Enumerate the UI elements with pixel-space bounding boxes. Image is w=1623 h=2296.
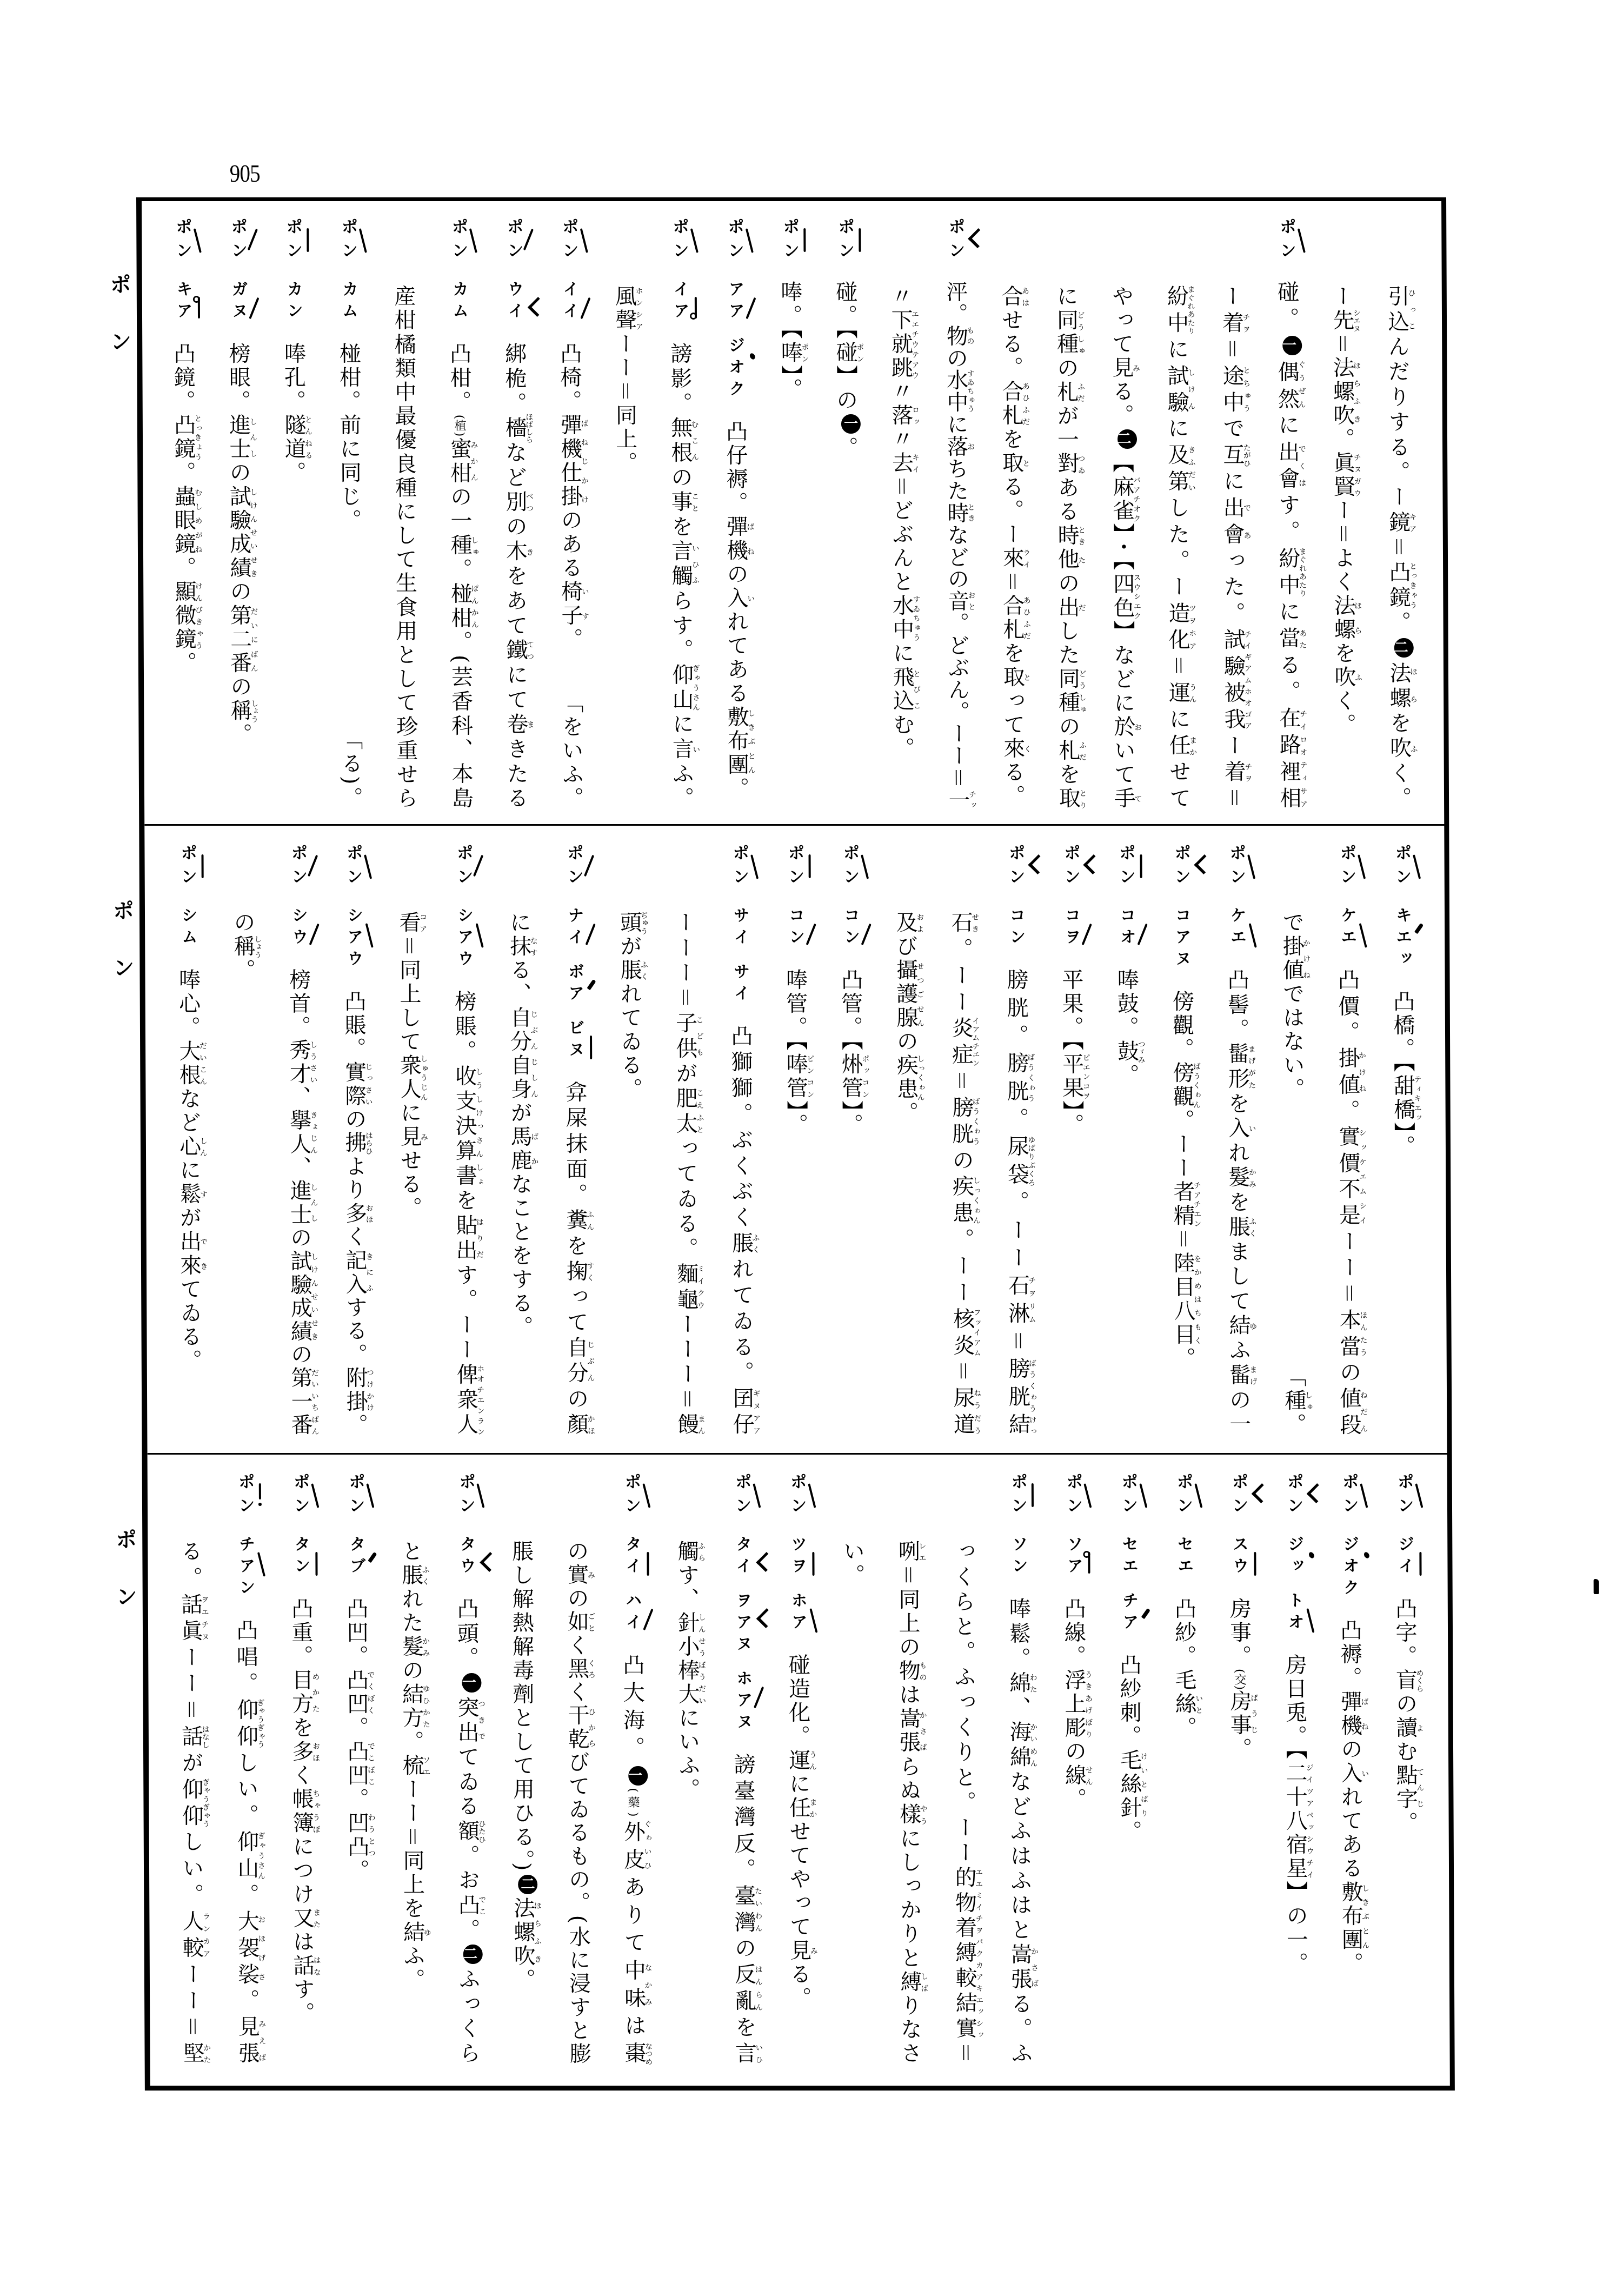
ruby-word: 仰仰ぎゃうぎゃう (233, 1698, 258, 1751)
furigana: み (420, 1125, 428, 1149)
reading-kana: セエ (1174, 1536, 1193, 1579)
ruby-word: 髷まげ (1226, 1364, 1250, 1389)
furigana: ゆひかた (422, 1683, 430, 1730)
equals-mark: ＝ (945, 767, 970, 789)
ruby-word: 話眞ヲエチヌ (178, 1593, 203, 1646)
taiwanese-reading: ジットオ (1283, 1536, 1305, 1654)
taiwanese-reading: シアウ (453, 907, 475, 990)
furigana: とき (967, 502, 975, 524)
category-label: (交) (1233, 1669, 1246, 1690)
furigana: しん (199, 1135, 208, 1159)
ruby-word: 核炎フッイアム (950, 1308, 975, 1361)
furigana: ふだ (1078, 739, 1087, 763)
ruby-word: 反亂はんらん (731, 1963, 756, 2015)
definition-text: 。鼓つゞみ。 (1114, 1016, 1139, 1087)
furigana: とっきゃう (1408, 561, 1417, 609)
headword-syllable: ポン (1338, 1473, 1360, 1536)
equals-mark: ＝ (1005, 1330, 1030, 1357)
furigana: つゞみ (1137, 1040, 1146, 1064)
continuation-indent (683, 1473, 689, 1540)
reading-syllable: ハイ (621, 1592, 642, 1635)
ruby-word: 蟲眼鏡むしめがね (171, 485, 196, 556)
headword: 榜眼 (225, 342, 250, 390)
furigana: まぐれあたり (1298, 547, 1307, 598)
ruby-word: 貼出はりだ (453, 1214, 477, 1264)
definition-text: 。傍觀ばうくゎん。ーー者精チアチエン＝陸目八目をかめはちもく。 (1169, 1038, 1196, 1371)
ruby-word: 凸鏡とっきゃう (1386, 561, 1411, 611)
ruby-word: 毛絲針けいとばり (1117, 1749, 1142, 1820)
reading-kana: イア (670, 281, 689, 324)
definition-text: ーーー＝子供こどもが肥太こえふとってゐる。麵龜ミイクウーーー＝饅まん (672, 911, 699, 1437)
ruby-word: 下就跳エエチウテアウ (888, 309, 913, 380)
ruby-word: 人較ランカア (179, 1910, 204, 1963)
headword-kana: ポン (780, 218, 799, 266)
furigana: イアムチエン (971, 1017, 980, 1067)
entry-text: 唪管。【唪管ピンコン】。 (773, 968, 817, 1137)
ruby-word: 卷ま (503, 713, 528, 738)
furigana: ばうくゎうけっ (1028, 1357, 1037, 1437)
furigana: まげ (1248, 1364, 1257, 1388)
furigana: しゅうじん (419, 1054, 428, 1101)
reading-syllable: ソン (1007, 1536, 1029, 1579)
entry-continuation: っくらと。ふっくりと。ーー的物着縛較結實エエミイチヲパクカアキエッシッ＝ (941, 1473, 987, 2066)
entry-continuation: の稱しょう。 (221, 844, 267, 1437)
furigana: おほ (311, 1740, 320, 1764)
dictionary-entry: ポンタイハイ凸大海。一(藥)外皮ぐゎいひありて中味なかみは棗なつめ (609, 1473, 655, 2066)
ruby-word: 子供こども (673, 1012, 697, 1062)
entry-text: 〃下就跳エエチウテアウ〃落ロッ〃去キイ＝どぶんと水中すゐちゅうに飛込とびこむ。 (879, 285, 924, 761)
ruby-word: 運うん (786, 1749, 810, 1773)
headword-kana: ポン (840, 844, 859, 892)
entry-text: 唪孔。隧道とんねる。 (271, 342, 315, 485)
sense-number-icon: 一 (462, 1673, 482, 1693)
entry-text: い。 (830, 1540, 874, 1588)
ruby-word: 唪ポン (777, 341, 802, 365)
ruby-word: 偶然ぐうぜん (1274, 358, 1299, 414)
headword-syllable: ポン (1060, 844, 1082, 907)
ruby-word: 及第きふだい (1165, 443, 1189, 496)
furigana: なす (529, 935, 538, 959)
tone-mark-icon (1032, 1483, 1034, 1507)
tone-mark-icon (580, 297, 590, 319)
headword-syllable: ポン (1062, 1473, 1084, 1536)
equals-mark: ＝ (1219, 338, 1244, 364)
ruby-word: 糞ふん (563, 1209, 588, 1234)
reading-syllable: ジオク (1338, 1536, 1360, 1601)
reading-syllable: カン (282, 281, 304, 324)
furigana: きにふ (365, 1249, 374, 1296)
tone-mark-icon (587, 979, 596, 990)
entry-continuation: で掛値かけねではない。 (1269, 844, 1315, 1437)
tone-mark-icon (473, 855, 483, 877)
headword: 唪鬆 (1006, 1597, 1030, 1647)
furigana: ツヲホア (1188, 602, 1196, 652)
furigana: ほら (1353, 594, 1362, 642)
ruby-word: 甜橋ティキエッ (1390, 1074, 1415, 1122)
furigana: とんねる (304, 414, 312, 461)
furigana: ピエンコヲ (1082, 1053, 1090, 1100)
entry-continuation: ー先シエヌ＝法螺吹ほらふき。眞賢チヌガウー＝よく法螺ほらを吹ふく。 (1320, 218, 1366, 811)
ruby-word: 額ひたひ (455, 1820, 480, 1844)
furigana: しきぶとん (747, 706, 756, 777)
reading-kana: タイ (733, 1536, 751, 1579)
headword-syllable: ポン (1393, 1473, 1415, 1536)
reading-kana: ジッ (1285, 1536, 1303, 1579)
furigana: しゅ (1304, 1389, 1313, 1413)
entry-text: 椪柑。前に同じ。 (327, 342, 371, 533)
tone-mark-icon (861, 924, 872, 945)
definition-text: ー先シエヌ＝法螺吹ほらふき。眞賢チヌガウー＝よく法螺ほらを吹ふく。 (1329, 285, 1356, 737)
ruby-word: 凹凸わうとつ (344, 1811, 369, 1859)
reading-kana: ジオク (726, 337, 745, 402)
headword: 凸椅 (557, 342, 582, 390)
entry-overflow-tail: 「る)。 (329, 728, 373, 811)
furigana: まか (808, 1796, 817, 1820)
definition-text: 及および攝護腺せつごせんの疾患しっくゎん。 (893, 911, 919, 1125)
definition-text: 。毛絲針けいとばり。 (1116, 1725, 1142, 1844)
ruby-word: 烞管ポッコン (838, 1053, 863, 1100)
furigana: い (691, 738, 700, 761)
headword-syllable: ポン (1117, 1473, 1139, 1536)
entry-text: 凸椅。彈機仕掛ばねじかけのある椅子いす。 (548, 342, 593, 652)
headword-syllable: ポン (503, 218, 525, 281)
ruby-word: 種しゅ (1281, 1389, 1306, 1413)
tone-mark-icon (1358, 854, 1366, 879)
furigana: ソエ (422, 1754, 430, 1778)
entry-text: 凸重。目方めかたを多おほく帳簿ちゃうぼにつけ又または話はなす。 (279, 1597, 324, 2026)
headword-syllable: ポン (728, 844, 750, 907)
taiwanese-reading: スウ (1228, 1536, 1250, 1597)
ruby-word: 鐵てつ (503, 639, 528, 663)
entry-text: 綁桅。檣ほばしらなど別べつの木きをあて鐵てつにて卷まきたる (493, 342, 538, 811)
entry-continuation: 及および攝護腺せつごせんの疾患しっくゎん。 (883, 844, 929, 1437)
continuation-indent (960, 1473, 966, 1540)
furigana: わた (1029, 1671, 1037, 1695)
headword: 凸凹 (343, 1597, 368, 1645)
headword-kana: ポン (338, 218, 357, 266)
headword-kana: ポン (283, 218, 302, 266)
headword-kana: ポン (784, 844, 804, 892)
furigana: ぽんかん (470, 582, 479, 631)
ruby-word: 顯微鏡けんびきゃう (171, 580, 197, 652)
headword: 唪 (777, 281, 802, 304)
tone-mark-icon (690, 228, 698, 253)
definition-text: 。【唪ポン】。 (777, 304, 803, 402)
ruby-word: 一チッ (945, 789, 970, 811)
definition-text: 。膀胱ばうくゎう。尿袋ゆばりぶくろ。ーー石淋チヲリム＝膀胱結ばうくゎうけっ (1003, 1024, 1030, 1437)
ruby-word: 落お (943, 435, 968, 457)
reading-syllable: シム (177, 907, 198, 950)
furigana: ふだ (1076, 381, 1085, 404)
entry-text: 凸紗刺。毛絲針けいとばり。 (1107, 1654, 1152, 1844)
tone-mark-icon (1248, 923, 1256, 948)
furigana: チイロオティサア (1299, 707, 1308, 811)
furigana: せき (970, 911, 979, 935)
furigana: はりだ (475, 1214, 484, 1263)
dictionary-entry: ポンコオ唪鼓。鼓つゞみ。 (1104, 844, 1150, 1437)
ruby-word: 外皮ぐゎいひ (620, 1817, 645, 1876)
continuation-indent (904, 1473, 910, 1540)
headword: 碰造化 (785, 1654, 810, 1725)
headword: 凸管 (837, 968, 862, 1016)
tone-mark-icon (585, 924, 595, 945)
headword: 唪孔 (281, 342, 305, 390)
ruby-word: 同種どうしゅ (1053, 309, 1078, 356)
reading-kana: ジオク (1340, 1536, 1359, 1601)
reading-kana: トオ (1285, 1592, 1304, 1635)
equals-mark: ＝ (672, 986, 697, 1011)
headword-syllable: ポン (563, 844, 585, 907)
continuation-indent (621, 218, 627, 285)
furigana: ばうくゎう (972, 1096, 980, 1146)
headword: 榜首 (285, 968, 310, 1016)
reading-kana: サイ (730, 907, 749, 950)
definition-text: る。話眞ヲエチヌーー＝話はなしが仰仰ぎゃうぎゃうしい。人較ランカアーー＝堅かた (177, 1540, 204, 2066)
dictionary-entry: ポンイア謗影。無根むこんの事ことを言觸いひふらす。仰山ぎゃうさんに言いふ。 (657, 218, 703, 811)
ruby-word: 仰山ぎゃうさん (669, 663, 694, 713)
definition-text: 。【甜橋ティキエッ】。 (1390, 1038, 1415, 1159)
furigana: ま (526, 713, 535, 736)
taiwanese-reading: カム (337, 281, 360, 342)
reading-syllable: ジオク (724, 337, 746, 402)
furigana: い (1360, 1762, 1369, 1786)
headword-syllable: ポン (447, 218, 469, 281)
ruby-word: 仰仰ぎゃうぎゃう (178, 1778, 203, 1831)
furigana: すゐちゅう (912, 594, 920, 642)
ruby-word: 札ふだ (1054, 381, 1079, 404)
furigana: けんびきゃう (194, 580, 203, 652)
furigana: なつめ (644, 2042, 653, 2066)
entry-text: 碰造化。運うんに任まかせてやって見みる。 (776, 1654, 821, 2010)
taiwanese-reading: タウ (455, 1536, 477, 1597)
furigana: あは (1021, 285, 1029, 309)
ruby-word: 讀よ (1393, 1716, 1418, 1740)
furigana: とびこ (912, 666, 921, 713)
definition-text: 脹し解熱解毒劑として用ひる。)二法螺吹ほらふき。 (509, 1540, 536, 1992)
furigana: けいとばり (1140, 1749, 1149, 1820)
ruby-word: 疾患しっくゎん (949, 1175, 974, 1228)
entry-text: 膀胱。膀胱ばうくゎう。尿袋ゆばりぶくろ。ーー石淋チヲリム＝膀胱結ばうくゎうけっ (994, 968, 1040, 1437)
entry-text: 引込ひっこんだりする。ー鏡キア＝凸鏡とっきゃう。二法螺ほらを吹ふく。 (1375, 285, 1421, 811)
reading-syllable: チアン (234, 1536, 256, 1601)
continuation-indent (1339, 218, 1345, 285)
continuation-indent (902, 844, 908, 911)
furigana: はなし (201, 1725, 210, 1749)
ruby-word: 附掛つけかけ (343, 1366, 368, 1414)
taiwanese-reading: コン (839, 907, 861, 968)
furigana: かみ (1248, 1166, 1256, 1190)
entry-text: 榜賬。收支決算書しうしけっさんしょを貼出はりだす。ーー俾衆人ホオチエンラン (442, 990, 488, 1437)
tone-mark-icon (477, 1483, 485, 1508)
reading-kana: イイ (560, 281, 578, 324)
furigana: しうさい (309, 1039, 317, 1085)
reading-kana: ウイ (504, 281, 523, 324)
headword: 凸頭 (454, 1597, 478, 1647)
headword: 房事 (1226, 1597, 1251, 1645)
headword: 凸字 (1392, 1597, 1417, 1645)
ruby-word: 彈機仕掛ばねじかけ (557, 414, 582, 509)
dictionary-entry: ポンセエチア凸紗刺。毛絲針けいとばり。 (1106, 1473, 1152, 2066)
continuation-indent (516, 844, 522, 911)
entry-text: 弇屎抹面。糞ふんを掬すくって自分じぶんの顏かほ (553, 1081, 598, 1437)
reading-syllable: ケエ (1226, 907, 1247, 950)
dictionary-entry: ポンコアヌ傍觀。傍觀ばうくゎん。ーー者精チアチエン＝陸目八目をかめはちもく。 (1159, 844, 1205, 1437)
dictionary-entry: ポンシム唪心。大根だいこんなど心しんに鬆すが出來できてゐる。 (165, 844, 211, 1437)
headword-kana: ポン (621, 1473, 641, 1521)
ruby-word: 法螺吹ほらふき (1329, 356, 1355, 428)
tone-mark-icon (753, 1483, 761, 1508)
reading-syllable: コン (1005, 907, 1026, 950)
ruby-word: 碰ポン (833, 341, 857, 365)
ruby-word: 鼓つゞみ (1114, 1040, 1139, 1064)
furigana: しけんせいせき (310, 1250, 319, 1343)
ruby-word: 檣ほばしら (502, 416, 527, 440)
entry-continuation: 産柑橘類中最優良種にして生食用として珍重せら (381, 218, 427, 811)
definition-text: 。進士しんしの試驗成績しけんせいせきの第二番だいにばんの稱しょう。 (226, 390, 252, 747)
furigana: はらひ (364, 1131, 373, 1155)
taiwanese-reading: セエ (1173, 1536, 1195, 1597)
furigana: ほばしら (524, 413, 533, 443)
ruby-word: 椪柑ぽんかん (448, 582, 473, 631)
reading-syllable: イア (668, 281, 690, 324)
ruby-word: 時とき (944, 502, 969, 524)
headword-kana: ポン (504, 218, 523, 266)
furigana: ランカア (202, 1910, 210, 1960)
furigana: ぎゃうさん (691, 663, 700, 712)
ruby-word: 出だ (1055, 596, 1080, 620)
ruby-word: 法螺ほら (1331, 594, 1355, 642)
furigana: じっさい (364, 1061, 373, 1108)
furigana: ピンコン (806, 1053, 814, 1100)
tone-mark-icon (359, 228, 367, 253)
ruby-word: 點字てんじ (1393, 1764, 1418, 1811)
definition-text: 。凸鏡とっきょう。蟲眼鏡むしめがね。顯微鏡けんびきゃう。 (170, 390, 196, 675)
ruby-word: 俾衆人ホオチエンラン (453, 1363, 478, 1437)
furigana: ふく (421, 1564, 430, 1588)
entry-continuation: に抹なする、自分自身じぶんじしんが馬鹿ばかなことをする。 (497, 844, 543, 1437)
ruby-word: 盲めくら (1392, 1669, 1417, 1693)
headword: 凸褥 (1337, 1619, 1362, 1667)
definition-text: 。彈機ばねの入いれてある敷布團しきぶとん。 (723, 492, 749, 801)
ruby-word: 出會でくは (1275, 441, 1300, 494)
furigana: ひっこ (1407, 285, 1416, 334)
dictionary-entry: ポンジットオ房日兎。【二十八宿星ジイツアペッシウチイ】の一。 (1272, 1473, 1318, 2066)
headword: 凸線 (1061, 1597, 1086, 1645)
ruby-word: 疾患しっくゎん (893, 1054, 918, 1101)
ruby-word: 房事ばうじ (1227, 1690, 1252, 1737)
entry-text: の稱しょう。 (221, 911, 265, 983)
equals-mark: ＝ (895, 1564, 920, 1588)
furigana: み (1132, 356, 1140, 380)
ruby-word: 入い (1225, 1117, 1249, 1142)
furigana: たがひ (1242, 443, 1251, 467)
reading-syllable: トオ (1283, 1592, 1305, 1635)
furigana: きょじん (309, 1109, 318, 1156)
reading-kana: シム (178, 907, 197, 950)
furigana: をかめはちもく (1193, 1252, 1202, 1347)
tone-mark-icon (808, 1483, 816, 1508)
entry-text: やって見みる。二【麻雀バアチオク】・【四色スウシエク】などに於おいて手て (1099, 285, 1145, 811)
entry-text: 凸線。浮上彫うきあげぼりの線せん。 (1052, 1597, 1096, 1811)
ruby-word: 敷布團しきぶとん (1338, 1881, 1363, 1952)
headword-syllable: ポン (289, 1473, 311, 1536)
furigana: やう (919, 1803, 928, 1827)
headword-kana: ポン (1226, 844, 1246, 892)
taiwanese-reading: ツヲホア (786, 1536, 808, 1654)
ruby-word: 脹ふく (617, 959, 642, 983)
ruby-word: 髷形まげがた (1225, 1043, 1249, 1092)
headword-syllable: ポン (1335, 844, 1358, 907)
definition-text: 石せき。ーー炎症イアムチエン＝膀胱ばうくゎうの疾患しっくゎん。ーー核炎フッイアム… (948, 911, 975, 1437)
definition-text: 。【烞管ポッコン】。 (838, 1016, 863, 1137)
headword-syllable: ポン (337, 218, 359, 281)
definition-text: 。前に同じ。 (336, 390, 362, 533)
headword: 凸唱 (233, 1619, 258, 1672)
definition-text: 。掛値かけね。實價不是シッケエムシイーー＝本當ほんたうの値段ねだん (1335, 1021, 1361, 1437)
equals-mark: ＝ (950, 1360, 975, 1386)
tone-mark-icon (365, 923, 374, 948)
ruby-word: 凸でこ (455, 1894, 480, 1919)
reading-kana: サイ (730, 963, 749, 1006)
furigana: また (312, 1907, 321, 1930)
furigana: エエチウテアウ (910, 309, 920, 380)
equals-mark: ＝ (674, 1388, 699, 1413)
taiwanese-reading: コン (784, 907, 806, 968)
headword-kana: ポン (1063, 1473, 1082, 1521)
definition-text: の實みの如ごとく黑くろく干乾ひからびてゐるもの。(水に浸すと膨 (564, 1540, 591, 2066)
furigana: と (1022, 666, 1031, 689)
entry-continuation: の實みの如ごとく黑くろく干乾ひからびてゐるもの。(水に浸すと膨 (554, 1473, 600, 2066)
ruby-word: 話はな (290, 1954, 315, 1978)
reading-syllable: ビヌ (563, 1019, 585, 1063)
headword-kana: ポン (235, 1473, 255, 1521)
furigana: しょう (253, 935, 262, 959)
ruby-word: 結ゆ (400, 1921, 425, 1945)
reading-syllable: チア (1118, 1592, 1139, 1635)
furigana: ギヌアア (752, 1387, 761, 1437)
furigana: せん (1085, 1764, 1093, 1788)
headword-syllable: ポン (1227, 1473, 1249, 1536)
reading-syllable: ガヌ (227, 281, 249, 324)
headword-syllable: ポン (234, 1473, 256, 1536)
reading-kana: ツヲ (788, 1536, 807, 1579)
furigana: ぎゃうぎゃう (201, 1778, 210, 1828)
furigana: フッイアム (973, 1308, 981, 1358)
furigana: レエ (917, 1540, 926, 1564)
taiwanese-reading: シム (177, 907, 199, 968)
reading-kana: コアヌ (1172, 907, 1192, 972)
definition-text: 。大根だいこんなど心しんに鬆すが出來できてゐる。 (176, 1016, 202, 1373)
dictionary-entry: ポンケエ凸價。掛値かけね。實價不是シッケエムシイーー＝本當ほんたうの値段ねだん (1325, 844, 1371, 1437)
taiwanese-reading: シアウ (342, 907, 364, 990)
headword-kana: ポン (1339, 1473, 1359, 1521)
taiwanese-reading: アアジオク (723, 281, 746, 420)
dictionary-entry: ポンコン膀胱。膀胱ばうくゎう。尿袋ゆばりぶくろ。ーー石淋チヲリム＝膀胱結ばうくゎ… (994, 844, 1040, 1437)
continuation-indent (408, 1473, 414, 1540)
continuation-indent (681, 844, 687, 911)
ruby-word: 對つゐ (1054, 452, 1079, 476)
headword-syllable: ポン (1115, 844, 1137, 907)
headword: 謗影 (667, 342, 692, 391)
ruby-word: 結ゆ (1226, 1314, 1250, 1339)
ruby-word: 結方ゆひかた (399, 1683, 424, 1730)
ruby-word: 先シエヌ (1329, 309, 1354, 333)
tone-mark-icon (315, 1552, 317, 1576)
ruby-word: 時とき (1054, 524, 1079, 548)
ruby-word: 稱しょう (227, 699, 252, 723)
ruby-word: 凸鏡とっきょう (171, 414, 196, 461)
entry-text: 脹し解熱解毒劑として用ひる。)二法螺吹ほらふき。 (500, 1540, 545, 1992)
